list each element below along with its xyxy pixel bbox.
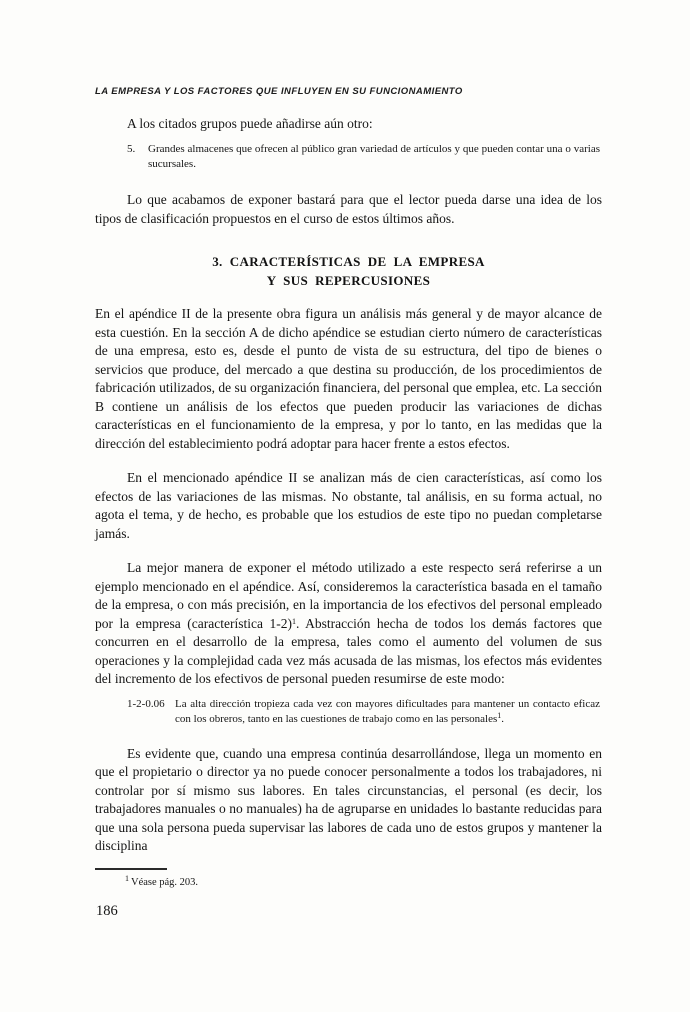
paragraph-appendix-overview: En el apéndice II de la presente obra fi… <box>95 305 602 453</box>
list-item-5: 5. Grandes almacenes que ofrecen al públ… <box>127 142 602 172</box>
section-heading-line2: Y SUS REPERCUSIONES <box>95 271 602 290</box>
section-heading: 3. CARACTERÍSTICAS DE LA EMPRESA Y SUS R… <box>95 252 602 290</box>
document-page: LA EMPRESA Y LOS FACTORES QUE INFLUYEN E… <box>0 0 690 1012</box>
coded-characteristic-item: 1-2-0.06 La alta dirección tropieza cada… <box>127 697 602 728</box>
list-item-number: 5. <box>127 142 148 172</box>
characteristic-code: 1-2-0.06 <box>127 697 175 728</box>
characteristic-text-body: La alta dirección tropieza cada vez con … <box>175 698 600 726</box>
paragraph-hundred-characteristics: En el mencionado apéndice II se analizan… <box>95 469 602 543</box>
characteristic-text-period: . <box>501 713 504 725</box>
footnote: 1Véase pág. 203. <box>125 876 602 890</box>
footnote-text: Véase pág. 203. <box>131 877 198 888</box>
characteristic-text: La alta dirección tropieza cada vez con … <box>175 697 600 728</box>
paragraph-classification: Lo que acabamos de exponer bastará para … <box>95 191 602 228</box>
running-header: LA EMPRESA Y LOS FACTORES QUE INFLUYEN E… <box>95 86 602 97</box>
footnote-marker-2: 1 <box>497 711 501 720</box>
footnote-divider <box>95 868 167 870</box>
paragraph-company-growth: Es evidente que, cuando una empresa cont… <box>95 745 602 856</box>
page-number: 186 <box>96 903 602 920</box>
footnote-marker-1: 1 <box>292 617 296 626</box>
intro-line: A los citados grupos puede añadirse aún … <box>95 115 602 133</box>
footnote-number: 1 <box>125 874 129 883</box>
section-heading-line1: 3. CARACTERÍSTICAS DE LA EMPRESA <box>95 252 602 271</box>
paragraph-method-example: La mejor manera de exponer el método uti… <box>95 559 602 689</box>
list-item-text: Grandes almacenes que ofrecen al público… <box>148 142 600 172</box>
